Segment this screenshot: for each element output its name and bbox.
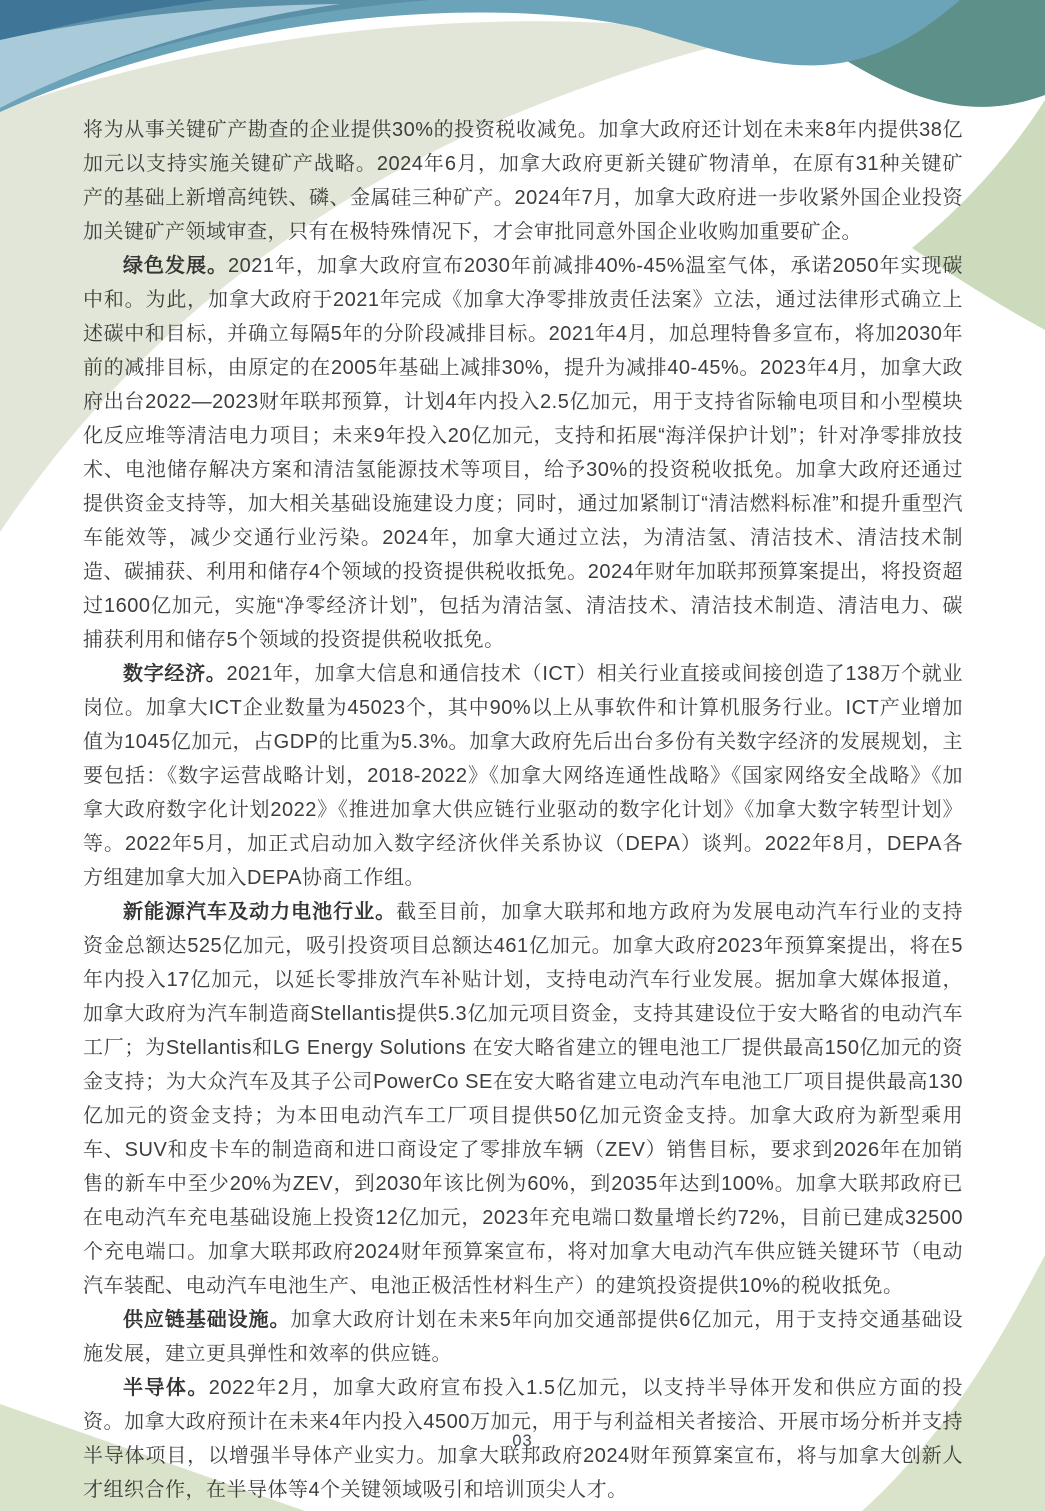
paragraph-text: 2021年，加拿大政府宣布2030年前减排40%-45%温室气体，承诺2050年…	[83, 255, 963, 651]
paragraph-lead: 新能源汽车及动力电池行业。	[123, 901, 396, 923]
paragraph-green-development: 绿色发展。2021年，加拿大政府宣布2030年前减排40%-45%温室气体，承诺…	[83, 249, 963, 657]
page-number: 03	[512, 1432, 532, 1450]
paragraph-lead: 供应链基础设施。	[123, 1309, 290, 1331]
page-footer: 03	[0, 1432, 1045, 1451]
paragraph-text: 将为从事关键矿产勘查的企业提供30%的投资税收减免。加拿大政府还计划在未来8年内…	[83, 119, 963, 243]
paragraph-text: 2021年，加拿大信息和通信技术（ICT）相关行业直接或间接创造了138万个就业…	[83, 663, 963, 889]
paragraph-lead: 数字经济。	[123, 663, 227, 685]
paragraph-critical-minerals: 将为从事关键矿产勘查的企业提供30%的投资税收减免。加拿大政府还计划在未来8年内…	[83, 113, 963, 249]
paragraph-text: 截至目前，加拿大联邦和地方政府为发展电动汽车行业的支持资金总额达525亿加元，吸…	[83, 901, 963, 1297]
paragraph-digital-economy: 数字经济。2021年，加拿大信息和通信技术（ICT）相关行业直接或间接创造了13…	[83, 657, 963, 895]
paragraph-ev-battery: 新能源汽车及动力电池行业。截至目前，加拿大联邦和地方政府为发展电动汽车行业的支持…	[83, 895, 963, 1303]
paragraph-lead: 半导体。	[123, 1377, 209, 1399]
article-body: 将为从事关键矿产勘查的企业提供30%的投资税收减免。加拿大政府还计划在未来8年内…	[0, 0, 1045, 1507]
paragraph-supply-chain: 供应链基础设施。加拿大政府计划在未来5年向加交通部提供6亿加元，用于支持交通基础…	[83, 1303, 963, 1371]
paragraph-lead: 绿色发展。	[123, 255, 228, 277]
